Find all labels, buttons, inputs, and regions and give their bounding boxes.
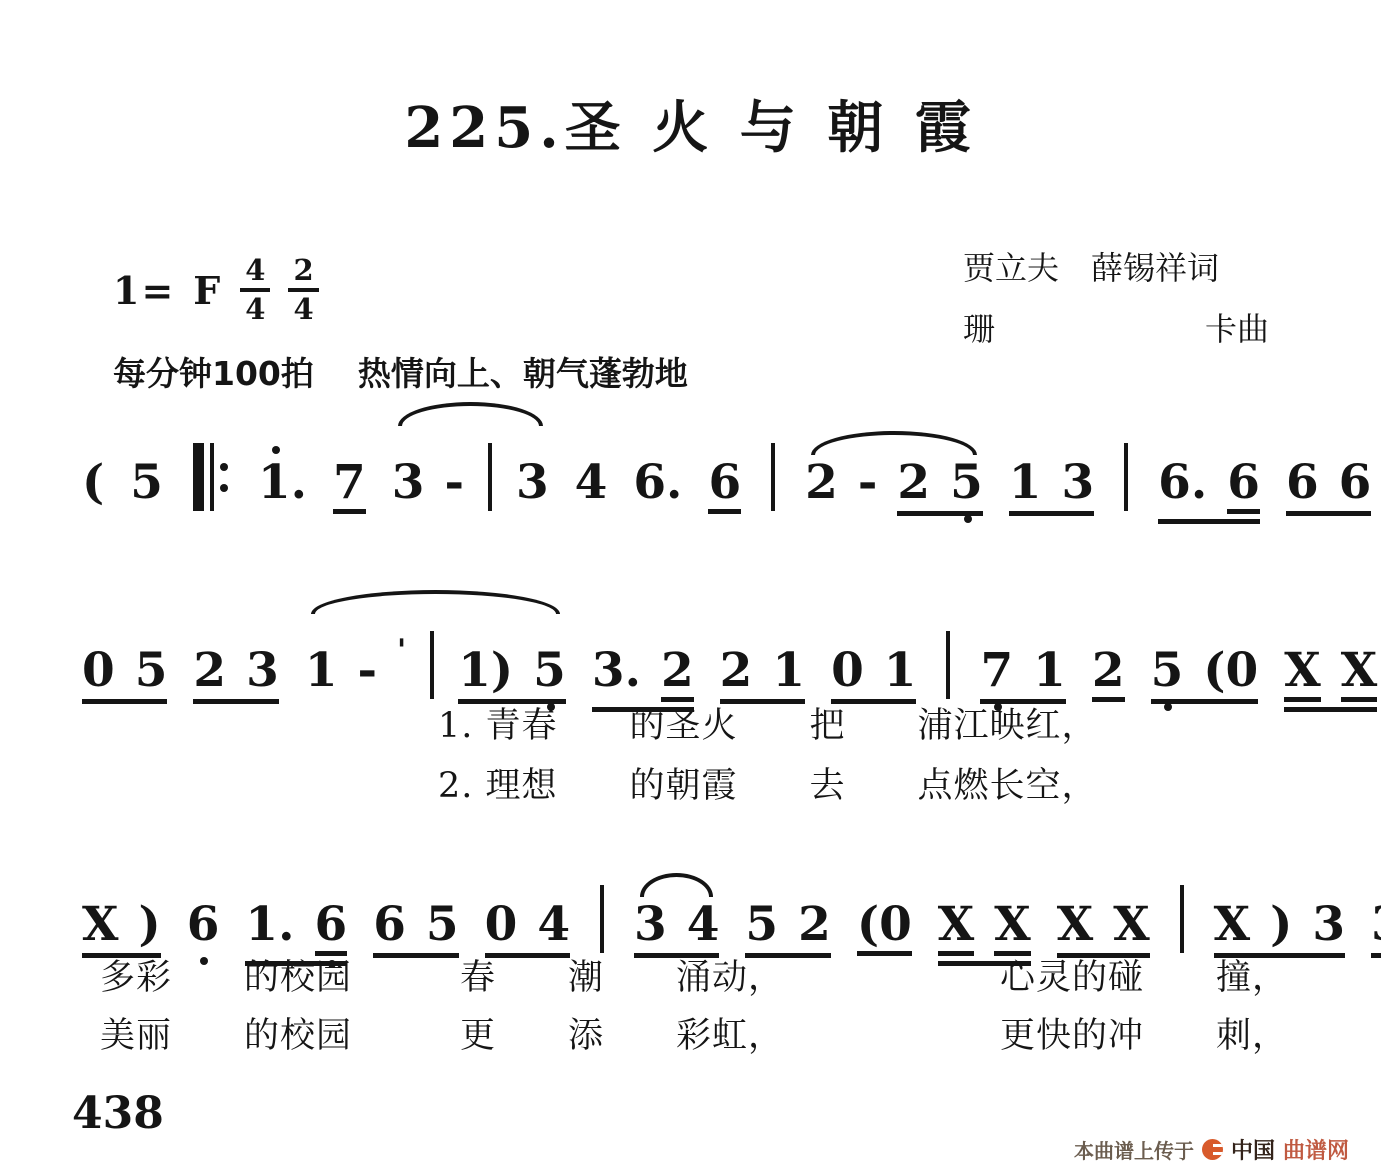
note-token: -	[444, 459, 464, 506]
note-token: 4	[537, 901, 570, 948]
time-signature-2-numerator: 2	[288, 256, 318, 292]
beam-group: 5(0	[1151, 647, 1259, 704]
note-token: )	[138, 901, 160, 948]
note-token: 3	[246, 647, 279, 694]
composer-suffix: 卡曲	[1205, 299, 1269, 360]
key-signature: 1= F 4 4 2 4	[113, 256, 319, 324]
slur-group: 2-25	[805, 459, 983, 516]
note-token: 6	[708, 459, 741, 514]
beam-group: 23	[193, 647, 278, 704]
note-token: X	[994, 901, 1030, 956]
beam-group: 66	[1286, 459, 1371, 516]
beam-group: 6.6	[1158, 459, 1260, 524]
expression-marking: 热情向上、朝气蓬勃地	[358, 348, 688, 395]
note-token: 1	[1033, 647, 1066, 694]
note-token: 1	[1009, 459, 1042, 506]
note-token: 3	[634, 901, 667, 948]
note-token: 3	[1061, 459, 1094, 506]
note-token: 2	[1092, 647, 1125, 702]
note-token: 5	[426, 901, 459, 948]
beam-group: 13	[1009, 459, 1094, 516]
beam-group: 05	[82, 647, 167, 704]
beam-group: 1)5	[458, 647, 566, 704]
note-token: 5	[745, 901, 778, 948]
time-signature-2-denominator: 4	[293, 292, 313, 324]
note-token: X	[1113, 901, 1149, 948]
note-token: 3	[392, 459, 425, 506]
slur-group: 3-3	[392, 430, 549, 506]
note-token: 6	[1227, 459, 1260, 514]
barline	[430, 631, 434, 699]
note-token: 0	[831, 647, 864, 694]
note-token: )	[1270, 901, 1292, 948]
lyric-line: 1. 青春 的圣火 把 浦江映红，	[438, 698, 1098, 748]
note-token: 1.	[245, 901, 294, 948]
note-token: 2	[897, 459, 930, 506]
note-token: 1.	[258, 459, 307, 506]
note-token: 6.	[1158, 459, 1207, 506]
beam-group: 25	[897, 459, 982, 516]
sheet-music-page: 225.圣 火 与 朝 霞 1= F 4 4 2 4 贾立夫 薛锡祥词 珊 卡曲…	[0, 0, 1381, 1175]
footer: 本曲谱上传于 中国 曲谱网	[1074, 1134, 1349, 1165]
note-token: X	[1284, 647, 1320, 702]
note-token: 2	[805, 459, 838, 506]
note-token: 0	[82, 647, 115, 694]
note-token: 3	[1371, 901, 1381, 948]
beam-group: 34	[1371, 901, 1381, 958]
beam-group: 71	[980, 647, 1065, 704]
slur-group: 1-'1)5	[305, 618, 566, 704]
note-token: X	[1341, 647, 1377, 702]
note-token: 5	[950, 459, 983, 506]
note-token: 3	[516, 459, 549, 506]
lyric-line: 心灵的碰 撞，	[1000, 950, 1288, 1000]
beam-group: 01	[831, 647, 916, 704]
note-token: 5	[533, 647, 566, 694]
breath-mark: '	[397, 636, 406, 666]
note-token: 2	[720, 647, 753, 694]
note-token: 1)	[458, 647, 513, 694]
barline	[771, 443, 775, 511]
note-token: 6	[1286, 459, 1319, 506]
barline	[946, 631, 950, 699]
page-number: 438	[72, 1088, 164, 1139]
lyric-line: 2. 理想 的朝霞 去 点燃长空，	[438, 758, 1098, 808]
note-token: 7	[333, 459, 366, 514]
note-token: (0	[1203, 647, 1258, 694]
note-token: 1	[305, 647, 338, 694]
note-token: 3	[1312, 901, 1345, 948]
key-note: F	[193, 268, 222, 313]
note-token: 6	[373, 901, 406, 948]
note-token: 3.	[592, 647, 641, 694]
note-token: 2	[661, 647, 694, 702]
beam-group: 21	[720, 647, 805, 704]
tempo-row: 每分钟100拍 热情向上、朝气蓬勃地	[113, 348, 688, 395]
song-title: 225.圣 火 与 朝 霞	[0, 84, 1381, 164]
time-signature-1: 4 4	[240, 256, 270, 324]
note-token: (0	[857, 901, 912, 956]
note-token: 1	[884, 647, 917, 694]
note-token: -	[358, 647, 378, 694]
note-token: X	[938, 901, 974, 956]
note-token: 6	[315, 901, 348, 956]
lyric-line: 美丽 的校园 更 添 彩虹，	[100, 1008, 784, 1058]
credits: 贾立夫 薛锡祥词 珊 卡曲	[963, 238, 1269, 360]
note-token: 5	[130, 459, 163, 506]
note-token: 0	[485, 901, 518, 948]
note-token: 6.	[633, 459, 682, 506]
site-logo-icon	[1202, 1139, 1223, 1160]
note-token: 6	[1339, 459, 1372, 506]
site-name-dark: 中国	[1231, 1134, 1275, 1165]
note-token: (	[82, 459, 104, 506]
repeat-sign	[193, 443, 228, 511]
barline	[1180, 885, 1184, 953]
barline	[600, 885, 604, 953]
note-token: 7	[980, 647, 1013, 694]
beam-group: XX	[1284, 647, 1377, 712]
barline	[1124, 443, 1128, 511]
composer-credit: 珊 卡曲	[963, 299, 1269, 360]
note-token: 5	[1151, 647, 1184, 694]
note-token: X	[1057, 901, 1093, 948]
note-token: 4	[687, 901, 720, 948]
note-token: 2	[193, 647, 226, 694]
lyric-line: 更快的冲 刺，	[1000, 1008, 1288, 1058]
uploaded-by-text: 本曲谱上传于	[1074, 1135, 1194, 1164]
lyricist-credit: 贾立夫 薛锡祥词	[963, 238, 1269, 299]
note-token: 2	[798, 901, 831, 948]
barline	[488, 443, 492, 511]
music-line-1: (51.73-346.62-25136.6665.555	[82, 430, 1381, 524]
lyric-line: 多彩 的校园 春 潮 涌动，	[100, 950, 784, 1000]
note-token: 5	[135, 647, 168, 694]
time-signature-2: 2 4	[288, 256, 318, 324]
time-signature-1-denominator: 4	[245, 292, 265, 324]
composer-name: 珊	[963, 299, 995, 360]
note-token: -	[858, 459, 878, 506]
note-token: 1	[772, 647, 805, 694]
note-token: X	[82, 901, 118, 948]
time-signature-1-numerator: 4	[240, 256, 270, 292]
site-name-red: 曲谱网	[1283, 1134, 1349, 1165]
tempo-marking: 每分钟100拍	[113, 348, 314, 395]
note-token: X	[1214, 901, 1250, 948]
note-token: 6	[187, 901, 220, 948]
note-token: 4	[575, 459, 608, 506]
key-prefix: 1=	[113, 268, 175, 313]
